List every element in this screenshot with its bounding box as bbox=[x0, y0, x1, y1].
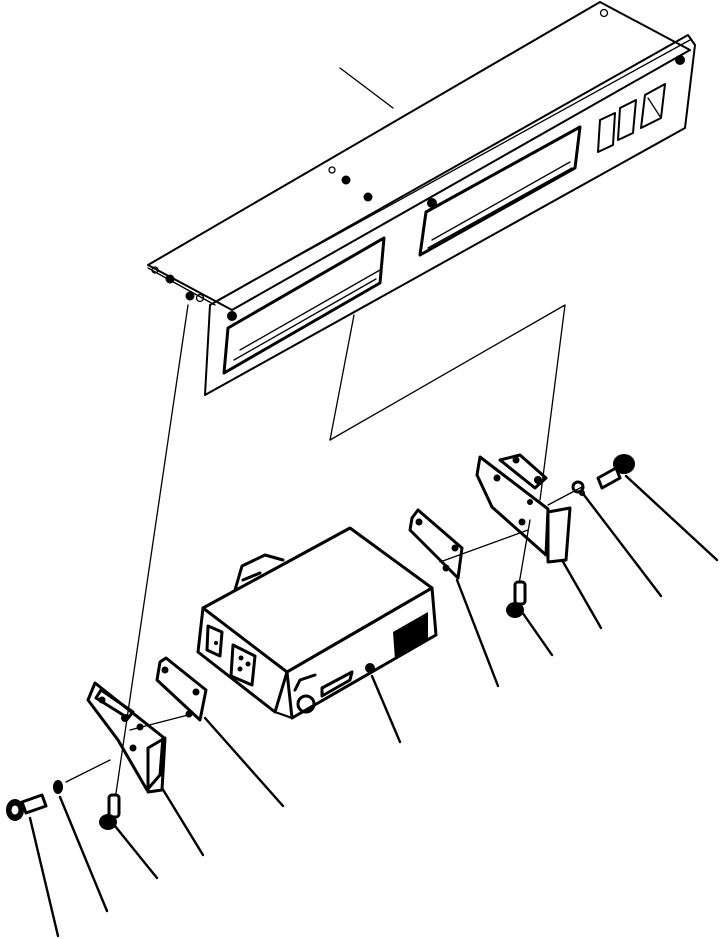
leader-line-right-bolt bbox=[626, 476, 717, 560]
leader-line-right-plate bbox=[457, 580, 498, 686]
left-vertical-screw bbox=[99, 795, 119, 830]
leader-line-left-bolt bbox=[30, 818, 58, 936]
mounting-panel bbox=[148, 2, 695, 395]
leader-line-panel bbox=[340, 68, 393, 108]
right-spacer-plate bbox=[410, 510, 462, 578]
radio-unit bbox=[198, 528, 436, 718]
leader-line-left-bracket bbox=[162, 788, 203, 855]
leader-line-right-bracket bbox=[562, 560, 601, 628]
left-washer bbox=[53, 780, 63, 794]
leader-line-left-washer bbox=[60, 797, 107, 911]
leader-line-left-plate bbox=[205, 718, 283, 806]
leader-line-right-washer bbox=[584, 495, 661, 596]
leader-line-right-screw bbox=[522, 612, 552, 655]
left-spacer-plate bbox=[157, 658, 206, 720]
right-bracket bbox=[477, 455, 570, 562]
exploded-view-diagram bbox=[0, 0, 720, 939]
projection-lines bbox=[66, 305, 582, 800]
leader-line-unit bbox=[372, 676, 400, 742]
leader-line-left-screw bbox=[115, 826, 157, 878]
left-bolt bbox=[6, 795, 46, 821]
right-bolt bbox=[598, 454, 635, 488]
left-bracket bbox=[88, 683, 165, 792]
